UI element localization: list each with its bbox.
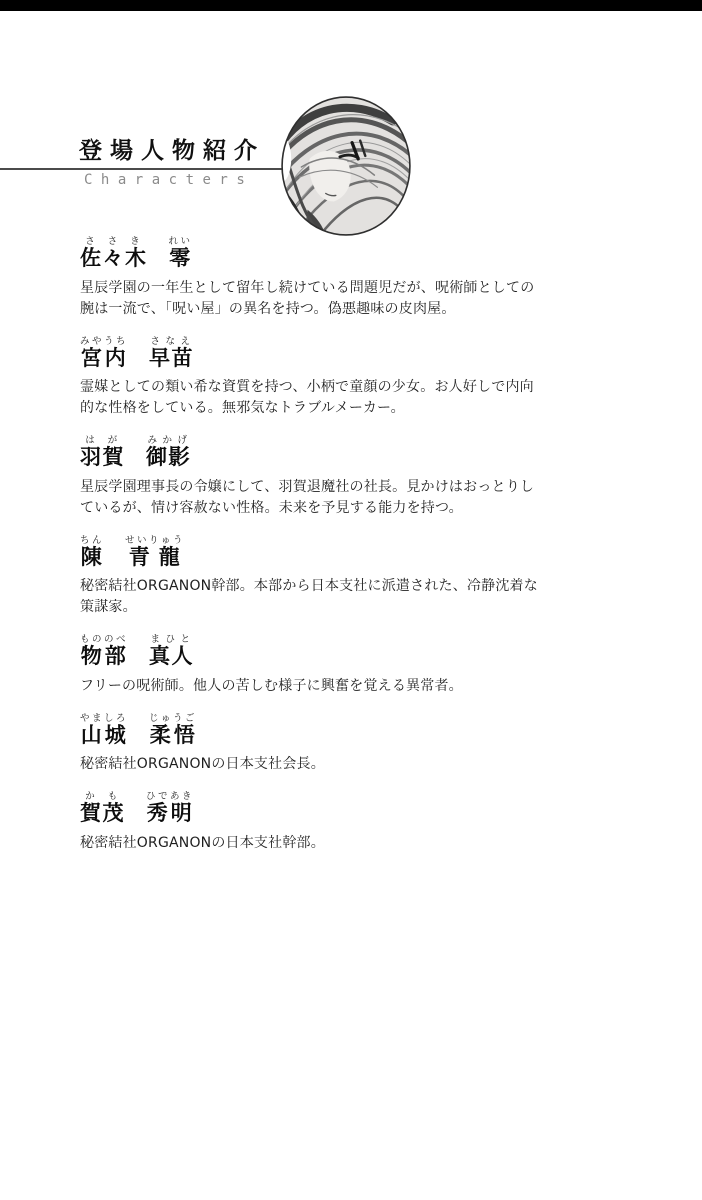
character-surname: 陳ちん xyxy=(80,544,104,569)
description-line: 的な性格をしている。無邪気なトラブルメーカー。 xyxy=(80,398,560,419)
character-portrait-image xyxy=(281,96,411,236)
character-name: 宮内みやうち早苗さなえ xyxy=(80,336,560,375)
character-entry: 佐々木ささき零れい 星辰学園の一年生として留年し続けている問題児だが、呪術師とし… xyxy=(80,236,560,320)
anime-girl-portrait-icon xyxy=(281,96,411,236)
character-entry: 陳ちん青龍せいりゅう 秘密結社ORGANON幹部。本部から日本支社に派遣された、… xyxy=(80,535,560,619)
book-page: 登場人物紹介 Characters xyxy=(0,0,702,1200)
character-surname: 宮内みやうち xyxy=(80,345,128,370)
given-name-furigana: さなえ xyxy=(149,336,194,347)
character-description: 秘密結社ORGANONの日本支社幹部。 xyxy=(80,833,560,854)
character-given-name: 青龍せいりゅう xyxy=(125,544,185,569)
character-entry: 物部もののべ真人まひと フリーの呪術師。他人の苦しむ様子に興奮を覚える異常者。 xyxy=(80,634,560,697)
given-name-furigana: じゅうご xyxy=(149,713,197,724)
character-surname: 物部もののべ xyxy=(80,643,128,668)
character-entry: 宮内みやうち早苗さなえ 霊媒としての類い希な資質を持つ、小柄で童顔の少女。お人好… xyxy=(80,336,560,420)
character-name: 佐々木ささき零れい xyxy=(80,236,560,275)
given-name-furigana: れい xyxy=(169,236,193,247)
character-given-name: 真人まひと xyxy=(149,643,194,668)
description-line: ているが、情け容赦ない性格。未来を予見する能力を持つ。 xyxy=(80,498,560,519)
surname-furigana: ちん xyxy=(80,535,104,546)
character-given-name: 早苗さなえ xyxy=(149,345,194,370)
surname-furigana: かも xyxy=(80,791,125,802)
character-given-name: 秀明ひであき xyxy=(146,800,194,825)
characters-list: 佐々木ささき零れい 星辰学園の一年生として留年し続けている問題児だが、呪術師とし… xyxy=(80,236,560,870)
character-entry: 賀茂かも秀明ひであき 秘密結社ORGANONの日本支社幹部。 xyxy=(80,791,560,854)
character-description: 星辰学園の一年生として留年し続けている問題児だが、呪術師としての腕は一流で、「呪… xyxy=(80,278,560,320)
character-description: フリーの呪術師。他人の苦しむ様子に興奮を覚える異常者。 xyxy=(80,676,560,697)
description-line: 腕は一流で、「呪い屋」の異名を持つ。偽悪趣味の皮肉屋。 xyxy=(80,299,560,320)
surname-furigana: やましろ xyxy=(80,713,128,724)
page-top-scan-bar xyxy=(0,0,702,11)
page-title: 登場人物紹介 xyxy=(79,132,265,165)
character-name: 山城やましろ柔悟じゅうご xyxy=(80,713,560,752)
description-line: 秘密結社ORGANONの日本支社会長。 xyxy=(80,754,560,775)
given-name-furigana: みかげ xyxy=(146,435,191,446)
given-name-furigana: せいりゅう xyxy=(125,535,185,546)
character-surname: 山城やましろ xyxy=(80,722,128,747)
description-line: 星辰学園の一年生として留年し続けている問題児だが、呪術師としての xyxy=(80,278,560,299)
surname-furigana: もののべ xyxy=(80,634,128,645)
character-surname: 佐々木ささき xyxy=(80,245,148,270)
character-description: 秘密結社ORGANON幹部。本部から日本支社に派遣された、冷静沈着な策謀家。 xyxy=(80,576,560,618)
surname-furigana: はが xyxy=(80,435,125,446)
description-line: 秘密結社ORGANON幹部。本部から日本支社に派遣された、冷静沈着な xyxy=(80,576,560,597)
title-underline-rule xyxy=(0,168,288,170)
character-given-name: 御影みかげ xyxy=(146,444,191,469)
character-name: 羽賀はが御影みかげ xyxy=(80,435,560,474)
character-name: 賀茂かも秀明ひであき xyxy=(80,791,560,830)
character-description: 霊媒としての類い希な資質を持つ、小柄で童顔の少女。お人好しで内向的な性格をしてい… xyxy=(80,377,560,419)
character-name: 物部もののべ真人まひと xyxy=(80,634,560,673)
description-line: 策謀家。 xyxy=(80,597,560,618)
character-entry: 山城やましろ柔悟じゅうご 秘密結社ORGANONの日本支社会長。 xyxy=(80,713,560,776)
description-line: 秘密結社ORGANONの日本支社幹部。 xyxy=(80,833,560,854)
character-surname: 羽賀はが xyxy=(80,444,125,469)
character-given-name: 零れい xyxy=(169,245,193,270)
given-name-furigana: ひであき xyxy=(146,791,194,802)
character-entry: 羽賀はが御影みかげ 星辰学園理事長の令嬢にして、羽賀退魔社の社長。見かけはおっと… xyxy=(80,435,560,519)
character-description: 秘密結社ORGANONの日本支社会長。 xyxy=(80,754,560,775)
surname-furigana: みやうち xyxy=(80,336,128,347)
page-subtitle: Characters xyxy=(84,172,253,188)
character-description: 星辰学園理事長の令嬢にして、羽賀退魔社の社長。見かけはおっとりしているが、情け容… xyxy=(80,477,560,519)
character-given-name: 柔悟じゅうご xyxy=(149,722,197,747)
character-surname: 賀茂かも xyxy=(80,800,125,825)
surname-furigana: ささき xyxy=(80,236,147,247)
character-name: 陳ちん青龍せいりゅう xyxy=(80,535,560,574)
description-line: フリーの呪術師。他人の苦しむ様子に興奮を覚える異常者。 xyxy=(80,676,560,697)
description-line: 星辰学園理事長の令嬢にして、羽賀退魔社の社長。見かけはおっとりし xyxy=(80,477,560,498)
given-name-furigana: まひと xyxy=(149,634,194,645)
description-line: 霊媒としての類い希な資質を持つ、小柄で童顔の少女。お人好しで内向 xyxy=(80,377,560,398)
